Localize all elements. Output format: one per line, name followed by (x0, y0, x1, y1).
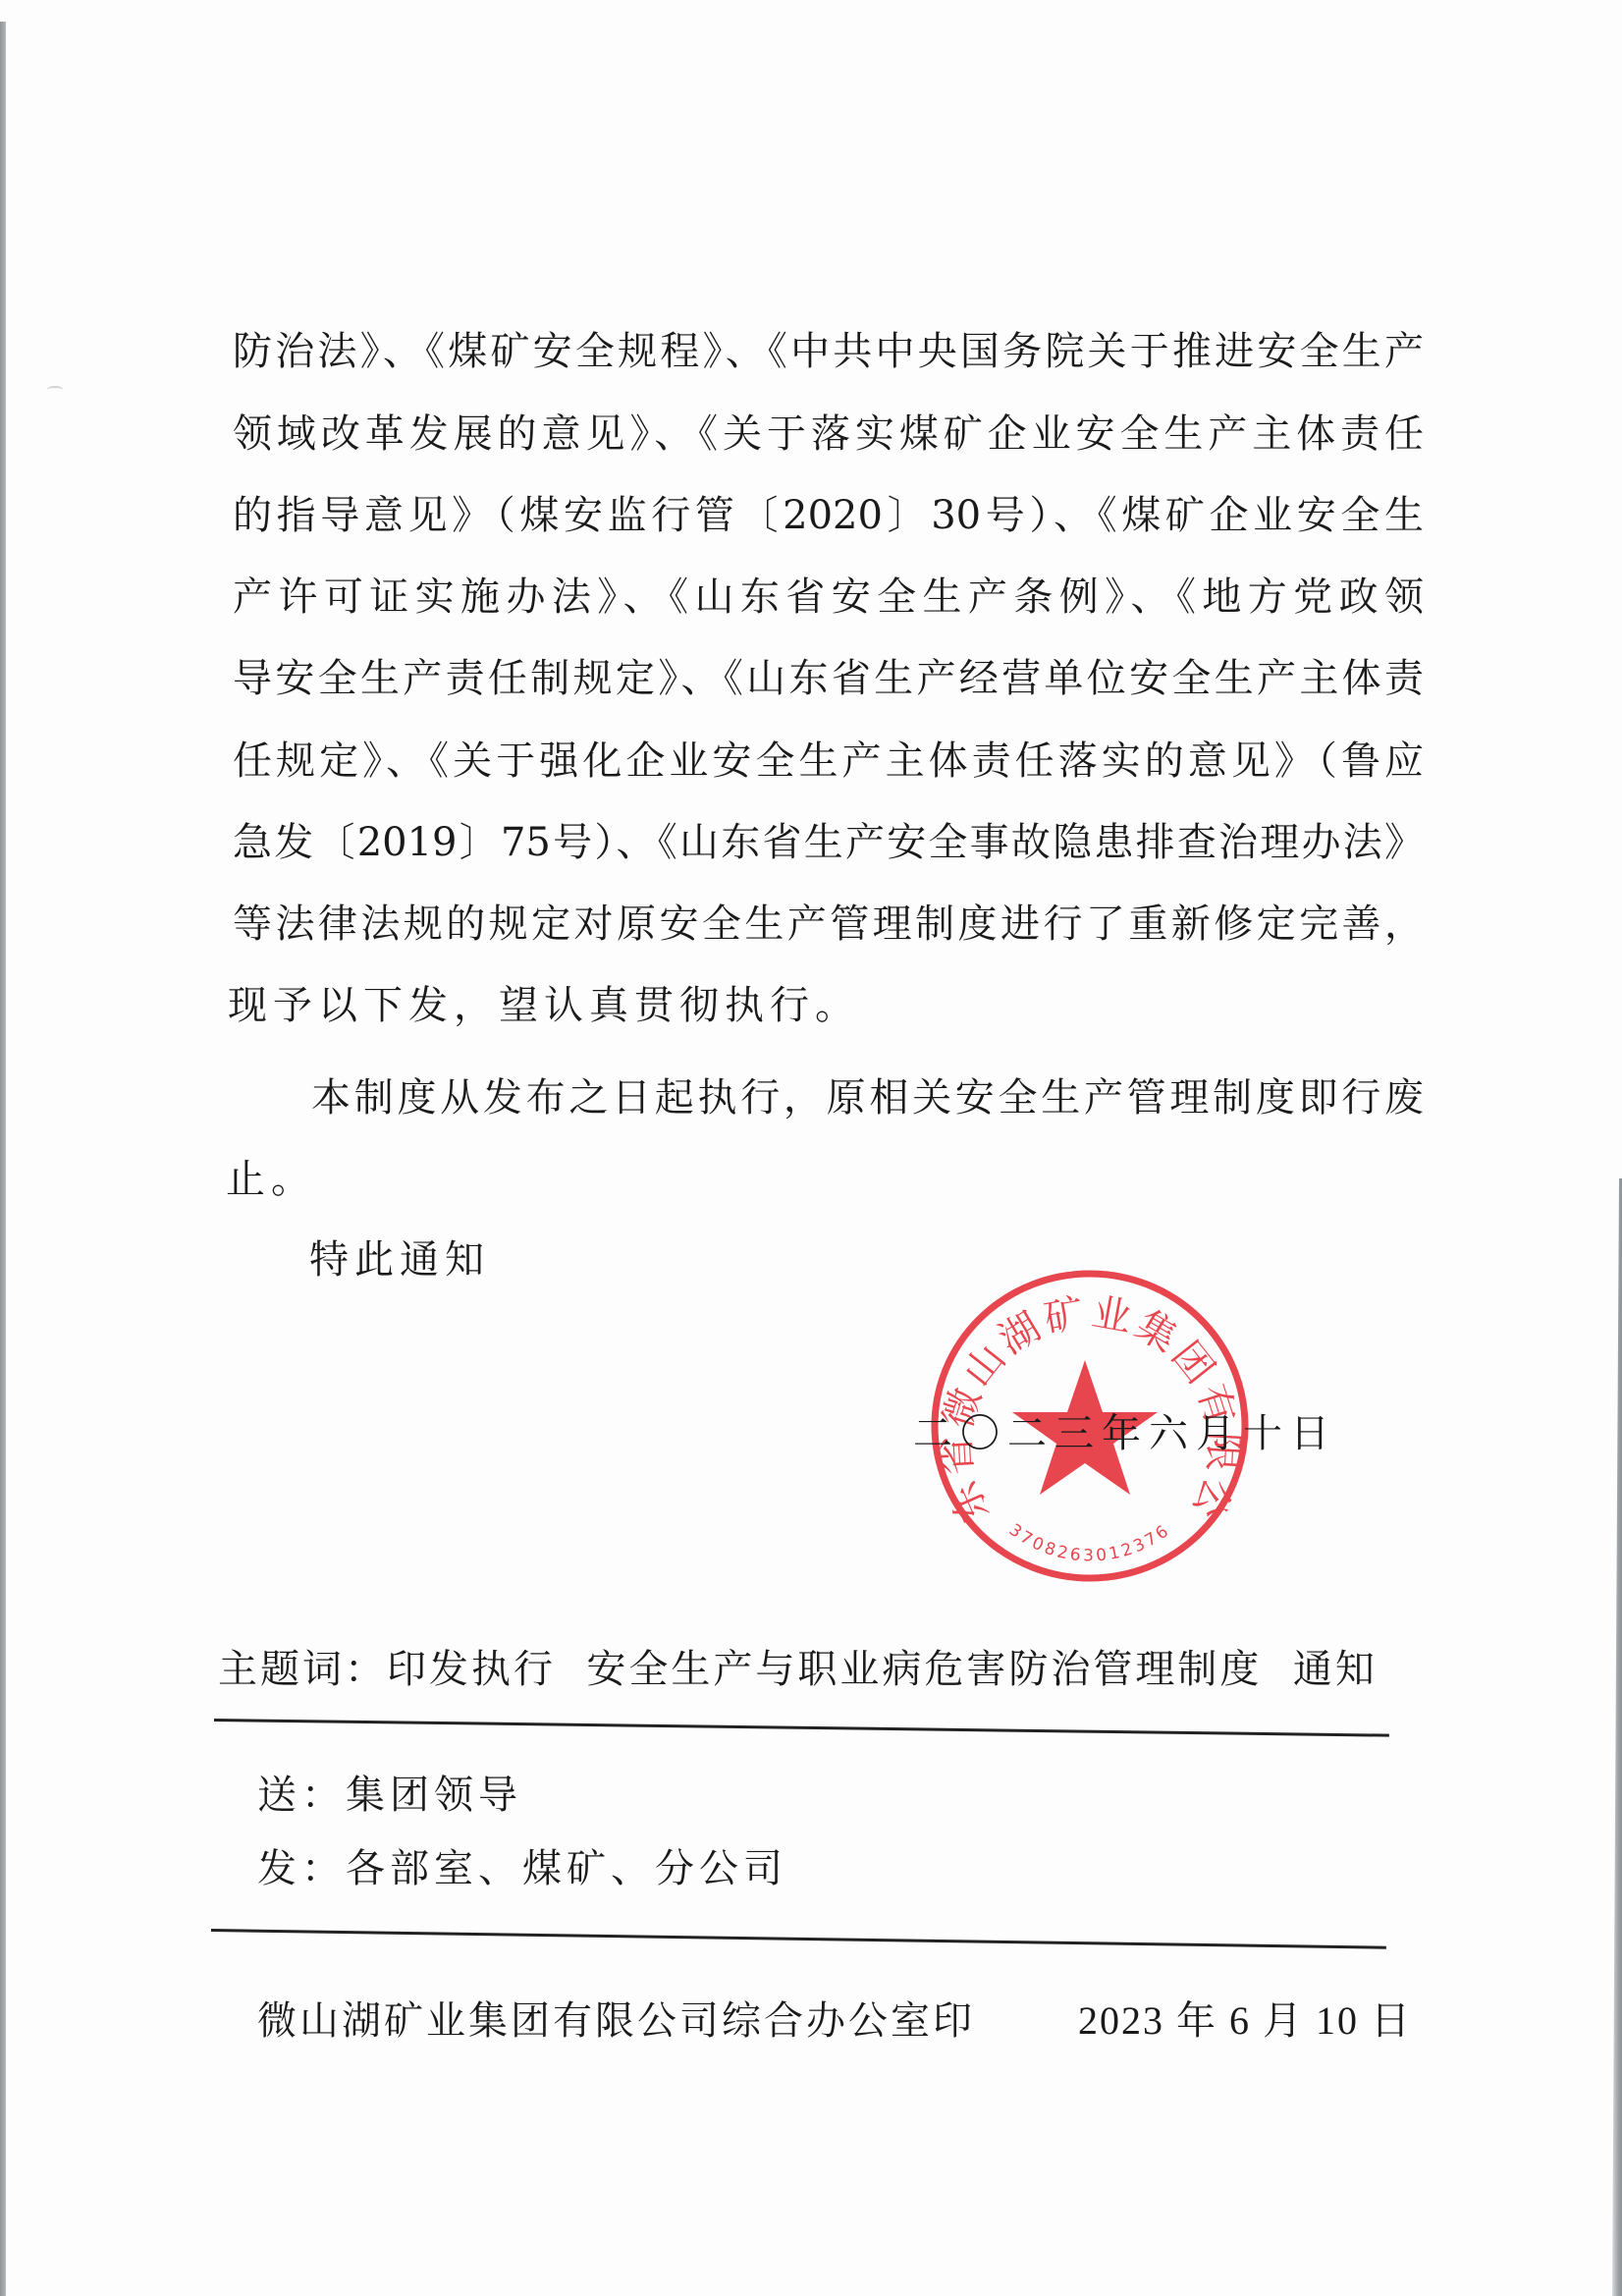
body-line: 止。 (226, 1152, 1417, 1207)
seal-code: 3708263012376 (1005, 1520, 1174, 1565)
body-line: 导安全生产责任制规定》、《山东省生产经营单位安全生产主体责 (233, 651, 1424, 706)
issue-to-label: 发： (257, 1846, 346, 1891)
divider-rule (211, 1929, 1386, 1949)
issuing-office: 微山湖矿业集团有限公司综合办公室印 (257, 1994, 975, 2049)
body-line: 防治法》、《煤矿安全规程》、《中共中央国务院关于推进安全生产 (233, 324, 1424, 379)
closing-text: 特此通知 (309, 1232, 1500, 1287)
divider-rule (214, 1719, 1389, 1737)
keywords-label: 主题词： (218, 1647, 387, 1692)
body-line: 等法律法规的规定对原安全生产管理制度进行了重新修定完善， (233, 897, 1424, 952)
body-line: 急发〔2019〕75号）、《山东省生产安全事故隐患排查治理办法》 (233, 815, 1424, 870)
body-line: 本制度从发布之日起执行，原相关安全生产管理制度即行废 (311, 1070, 1424, 1125)
keywords-line: 主题词：印发执行 安全生产与职业病危害防治管理制度 通知 (218, 1642, 1388, 1697)
scan-smudge (47, 386, 63, 394)
body-line: 产许可证实施办法》、《山东省安全生产条例》、《地方党政领 (233, 570, 1424, 625)
issue-to-value: 各部室、煤矿、分公司 (346, 1846, 787, 1891)
send-to-line: 送：集团领导 (257, 1768, 522, 1823)
issue-date: 2023 年 6 月 10 日 (1078, 1994, 1412, 2049)
signature-date: 二〇二三年六月十日 (913, 1406, 1337, 1461)
body-line: 任规定》、《关于强化企业安全生产主体责任落实的意见》（鲁应 (233, 734, 1424, 789)
body-line: 现予以下发，望认真贯彻执行。 (228, 978, 1419, 1033)
body-line: 的指导意见》（煤安监行管〔2020〕30号）、《煤矿企业安全生 (233, 488, 1424, 543)
send-to-label: 送： (257, 1773, 346, 1818)
svg-text:3708263012376: 3708263012376 (1005, 1520, 1174, 1565)
issue-to-line: 发：各部室、煤矿、分公司 (257, 1841, 787, 1896)
scan-edge-right (1612, 1178, 1622, 2296)
send-to-value: 集团领导 (346, 1773, 522, 1818)
keywords-text: 印发执行 安全生产与职业病危害防治管理制度 通知 (387, 1647, 1378, 1692)
scan-edge-left (0, 22, 6, 2296)
body-line: 领域改革发展的意见》、《关于落实煤矿企业安全生产主体责任 (233, 407, 1424, 462)
